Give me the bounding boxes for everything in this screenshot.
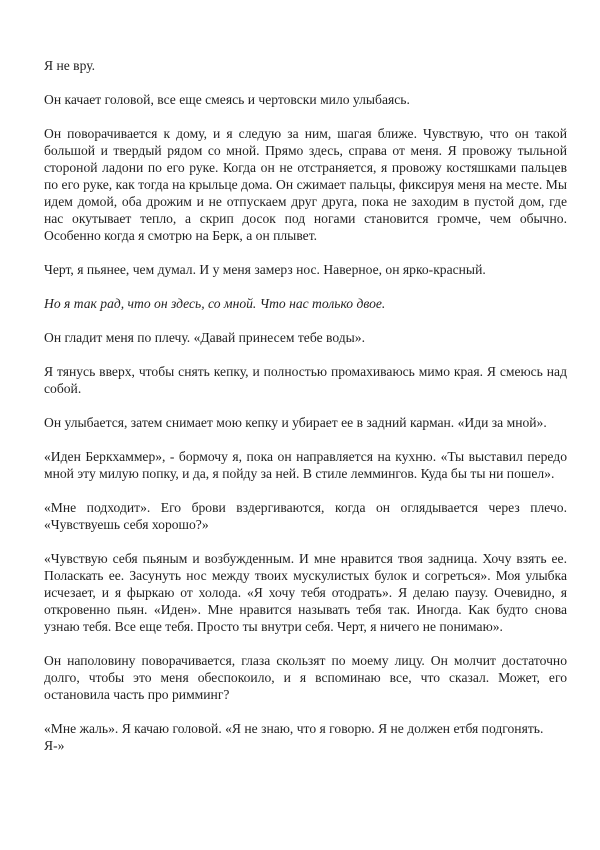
paragraph: «Чувствую себя пьяным и возбужденным. И … xyxy=(44,550,567,635)
paragraph: Я тянусь вверх, чтобы снять кепку, и пол… xyxy=(44,363,567,397)
paragraph: Я не вру. xyxy=(44,57,567,74)
paragraph: Черт, я пьянее, чем думал. И у меня заме… xyxy=(44,261,567,278)
paragraph: Он поворачивается к дому, и я следую за … xyxy=(44,125,567,244)
paragraph: Он качает головой, все еще смеясь и черт… xyxy=(44,91,567,108)
document-page: Я не вру. Он качает головой, все еще сме… xyxy=(0,0,600,850)
paragraph: Он гладит меня по плечу. «Давай принесем… xyxy=(44,329,567,346)
paragraph: «Мне жаль». Я качаю головой. «Я не знаю,… xyxy=(44,720,567,754)
paragraph: «Мне подходит». Его брови вздергиваются,… xyxy=(44,499,567,533)
paragraph: Он наполовину поворачивается, глаза скол… xyxy=(44,652,567,703)
paragraph: Он улыбается, затем снимает мою кепку и … xyxy=(44,414,567,431)
paragraph-italic: Но я так рад, что он здесь, со мной. Что… xyxy=(44,295,567,312)
paragraph: «Иден Беркхаммер», - бормочу я, пока он … xyxy=(44,448,567,482)
